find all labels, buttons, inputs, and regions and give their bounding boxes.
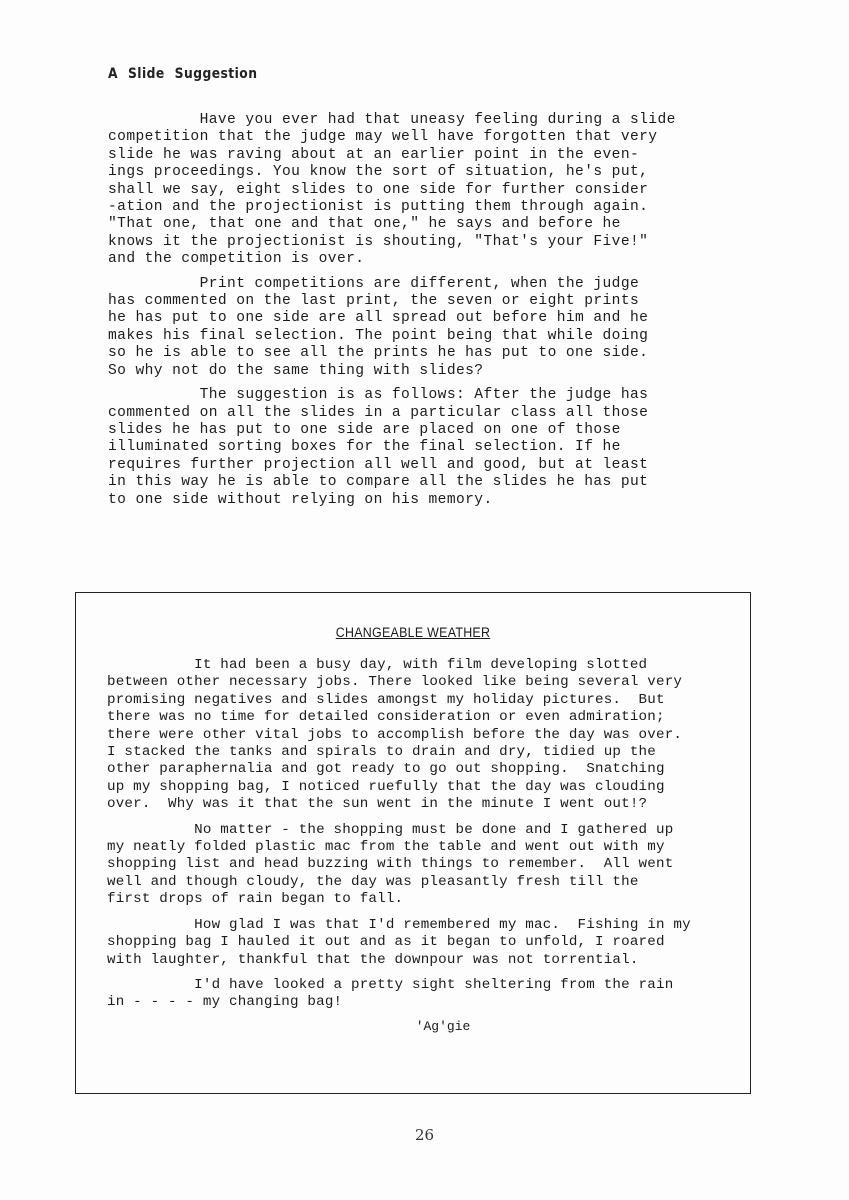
text-line: shopping list and head buzzing with thin… <box>107 856 732 873</box>
text-line: with laughter, thankful that the downpou… <box>107 952 732 969</box>
text-line: How glad I was that I'd remembered my ma… <box>107 917 732 934</box>
text-line: commented on all the slides in a particu… <box>108 405 738 422</box>
text-line: The suggestion is as follows: After the … <box>108 387 738 404</box>
text-line: -ation and the projectionist is putting … <box>108 199 738 216</box>
text-line: knows it the projectionist is shouting, … <box>108 234 738 251</box>
text-line: competition that the judge may well have… <box>108 129 738 146</box>
text-line: illuminated sorting boxes for the final … <box>108 439 738 456</box>
text-line: there was no time for detailed considera… <box>107 709 732 726</box>
text-line: slide he was raving about at an earlier … <box>108 147 738 164</box>
text-line: first drops of rain began to fall. <box>107 891 732 908</box>
text-line: makes his final selection. The point bei… <box>108 328 738 345</box>
boxed-story-title-text: CHANGEABLE WEATHER <box>336 625 491 640</box>
boxed-story-title: CHANGEABLE WEATHER <box>103 625 723 640</box>
story-paragraph-4: I'd have looked a pretty sight shelterin… <box>107 977 732 1012</box>
boxed-story-body: It had been a busy day, with film develo… <box>107 657 732 1020</box>
text-line: promising negatives and slides amongst m… <box>107 692 732 709</box>
story-signature: 'Ag'gie <box>76 1019 750 1034</box>
text-line: ings proceedings. You know the sort of s… <box>108 164 738 181</box>
text-line: to one side without relying on his memor… <box>108 492 738 509</box>
text-line: he has put to one side are all spread ou… <box>108 310 738 327</box>
boxed-story: CHANGEABLE WEATHER It had been a busy da… <box>75 592 751 1094</box>
text-line: so he is able to see all the prints he h… <box>108 345 738 362</box>
story-paragraph-3: How glad I was that I'd remembered my ma… <box>107 917 732 969</box>
text-line: I stacked the tanks and spirals to drain… <box>107 744 732 761</box>
text-line: other paraphernalia and got ready to go … <box>107 761 732 778</box>
article-body: Have you ever had that uneasy feeling du… <box>108 112 738 516</box>
text-line: No matter - the shopping must be done an… <box>107 822 732 839</box>
text-line: my neatly folded plastic mac from the ta… <box>107 839 732 856</box>
text-line: well and though cloudy, the day was plea… <box>107 874 732 891</box>
text-line: and the competition is over. <box>108 251 738 268</box>
text-line: Print competitions are different, when t… <box>108 276 738 293</box>
story-paragraph-2: No matter - the shopping must be done an… <box>107 822 732 909</box>
text-line: in - - - - my changing bag! <box>107 994 732 1011</box>
text-line: between other necessary jobs. There look… <box>107 674 732 691</box>
article-paragraph-2: Print competitions are different, when t… <box>108 276 738 380</box>
article-title: A Slide Suggestion <box>108 66 257 82</box>
text-line: Have you ever had that uneasy feeling du… <box>108 112 738 129</box>
text-line: slides he has put to one side are placed… <box>108 422 738 439</box>
text-line: has commented on the last print, the sev… <box>108 293 738 310</box>
page-number: 26 <box>0 1126 849 1144</box>
text-line: shopping bag I hauled it out and as it b… <box>107 934 732 951</box>
text-line: requires further projection all well and… <box>108 457 738 474</box>
text-line: shall we say, eight slides to one side f… <box>108 182 738 199</box>
article-paragraph-1: Have you ever had that uneasy feeling du… <box>108 112 738 269</box>
text-line: in this way he is able to compare all th… <box>108 474 738 491</box>
text-line: up my shopping bag, I noticed ruefully t… <box>107 779 732 796</box>
text-line: "That one, that one and that one," he sa… <box>108 216 738 233</box>
text-line: over. Why was it that the sun went in th… <box>107 796 732 813</box>
article-paragraph-3: The suggestion is as follows: After the … <box>108 387 738 509</box>
text-line: I'd have looked a pretty sight shelterin… <box>107 977 732 994</box>
text-line: So why not do the same thing with slides… <box>108 363 738 380</box>
text-line: there were other vital jobs to accomplis… <box>107 727 732 744</box>
story-paragraph-1: It had been a busy day, with film develo… <box>107 657 732 814</box>
text-line: It had been a busy day, with film develo… <box>107 657 732 674</box>
